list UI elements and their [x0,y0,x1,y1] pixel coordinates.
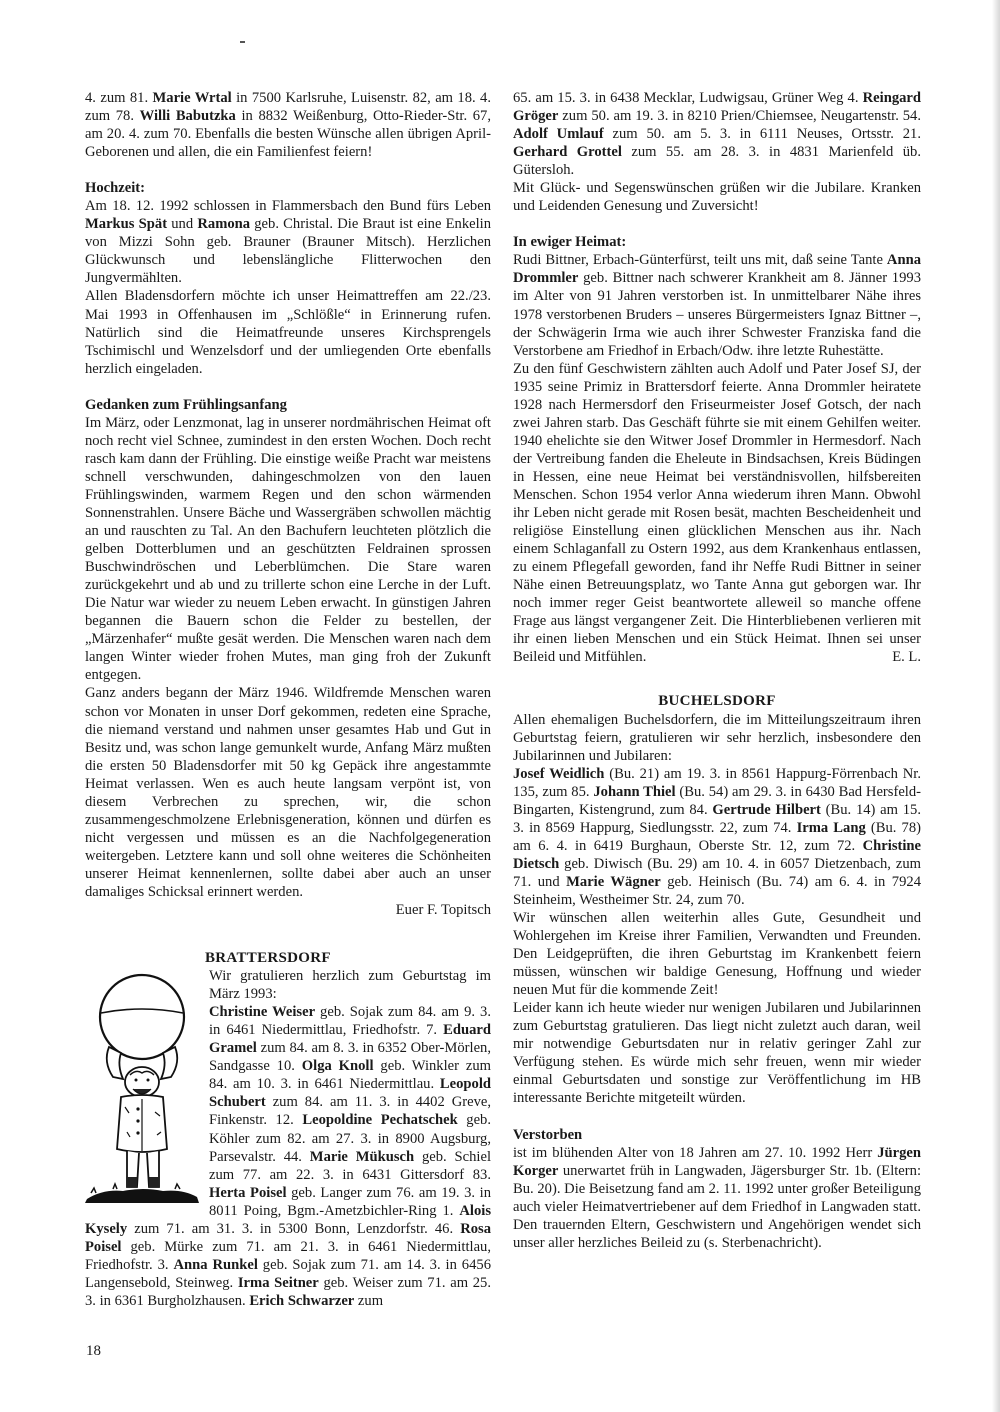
person-name: Leopold Schubert [209,1076,491,1110]
ewige-heimat-paragraph-1: Rudi Bittner, Erbach-Günterfürst, teilt … [513,251,921,359]
buchelsdorf-intro: Allen ehemaligen Buchelsdorfern, die im … [513,711,921,765]
person-name: Rosa Poisel [85,1221,491,1255]
fruehling-paragraph-1: Im März, oder Lenzmonat, lag in unserer … [85,414,491,685]
buchelsdorf-wishes: Wir wünschen allen weiterhin alles Gute,… [513,909,921,999]
right-column: 65. am 15. 3. in 6438 Mecklar, Ludwigsau… [513,89,921,1252]
obituary-signature: E. L. [892,648,921,666]
person-name: Marie Mükusch [310,1149,414,1165]
obituary-text: Zu den fünf Geschwistern zählten auch Ad… [513,361,921,666]
person-name: Erich Schwarzer [249,1293,354,1309]
intro-paragraph: 4. zum 81. Marie Wrtal in 7500 Karlsruhe… [85,89,491,161]
person-name: Gerhard Grottel [513,144,622,160]
ewige-heimat-paragraph-2: Zu den fünf Geschwistern zählten auch Ad… [513,360,921,667]
atlas-illustration-icon [83,967,201,1205]
person-name: Adolf Umlauf [513,126,604,142]
person-name: Anna Drommler [513,252,921,286]
left-column: 4. zum 81. Marie Wrtal in 7500 Karlsruhe… [85,89,491,1310]
person-name: Markus Spät [85,216,167,232]
verstorben-heading: Verstorben [513,1126,921,1144]
heimattreffen-paragraph: Allen Bladensdorfern möchte ich unser He… [85,287,491,377]
person-name: Jürgen Korger [513,1145,921,1179]
scan-page-edge [992,0,1000,1412]
person-name: Marie Wägner [566,874,661,890]
person-name: Josef Weidlich [513,766,604,782]
person-name: Alois Kysely [85,1203,491,1237]
person-name: Irma Lang [797,820,866,836]
hochzeit-heading: Hochzeit: [85,179,491,197]
brattersdorf-heading: BRATTERSDORF [205,949,491,967]
page-number: 18 [86,1343,101,1360]
person-name: Johann Thiel [593,784,675,800]
person-name: Christine Dietsch [513,838,921,872]
wishes-paragraph: Mit Glück- und Segenswünschen grüßen wir… [513,179,921,215]
person-name: Gertrude Hilbert [712,802,821,818]
person-name: Eduard Gramel [209,1022,491,1056]
person-name: Irma Seitner [238,1275,319,1291]
person-name: Anna Runkel [173,1257,257,1273]
fruehling-signature: Euer F. Topitsch [85,901,491,919]
scan-speck [240,41,245,43]
buchelsdorf-birthdays: Josef Weidlich (Bu. 21) am 19. 3. in 856… [513,765,921,909]
birthday-continuation: 65. am 15. 3. in 6438 Mecklar, Ludwigsau… [513,89,921,179]
hochzeit-paragraph: Am 18. 12. 1992 schlossen in Flammersbac… [85,197,491,287]
fruehling-paragraph-2: Ganz anders begann der März 1946. Wildfr… [85,684,491,901]
buchelsdorf-note: Leider kann ich heute wieder nur wenigen… [513,999,921,1107]
person-name: Reingard Gröger [513,90,921,124]
fruehling-heading: Gedanken zum Frühlingsanfang [85,396,491,414]
brattersdorf-section: BRATTERSDORF [85,949,491,1310]
person-name: Christine Weiser [209,1004,315,1020]
person-name: Willi Babutzka [140,108,236,124]
person-name: Leopoldine Pechatschek [302,1112,457,1128]
person-name: Olga Knoll [302,1058,374,1074]
ewige-heimat-heading: In ewiger Heimat: [513,233,921,251]
person-name: Ramona [197,216,250,232]
person-name: Marie Wrtal [153,90,232,106]
person-name: Herta Poisel [209,1185,287,1201]
buchelsdorf-heading: BUCHELSDORF [513,692,921,710]
verstorben-paragraph: ist im blühenden Alter von 18 Jahren am … [513,1144,921,1252]
